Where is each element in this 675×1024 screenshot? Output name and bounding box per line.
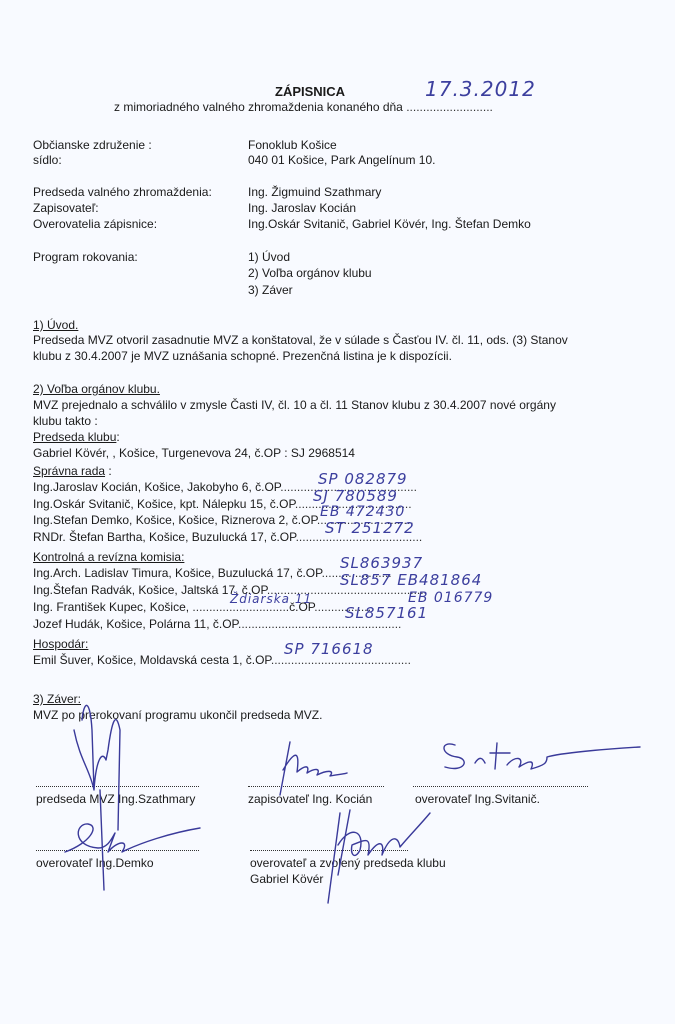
treasurer-heading: Hospodár: [33,637,88,652]
value-association: Fonoklub Košice [248,138,337,153]
program-item-2: 2) Voľba orgánov klubu [248,266,372,281]
audit-heading: Kontrolná a revízna komisia: [33,550,184,565]
club-chair-heading-colon: : [116,430,119,444]
signature-line [413,786,588,787]
value-seat: 040 01 Košice, Park Angelínum 10. [248,153,435,168]
member-text: Jozef Hudák, Košice, Polárna 11, č.OP [33,617,238,631]
label-recorder: Zapisovateľ: [33,201,99,216]
member-text: Ing.Stefan Demko, Košice, Košice, Rizner… [33,513,317,527]
section2-line1: MVZ prejednalo a schválilo v zmysle Čast… [33,398,556,413]
value-chair: Ing. Žigmuind Szathmary [248,185,381,200]
label-verifiers: Overovatelia zápisnice: [33,217,157,232]
program-item-1: 1) Úvod [248,250,290,265]
handwritten-id: SL857 EB481864 [340,573,482,588]
label-seat: sídlo: [33,153,62,168]
audit-member-row: Ing.Arch. Ladislav Timura, Košice, Buzul… [33,566,392,581]
board-heading: Správna rada : [33,464,112,479]
label-association: Občianske združenie : [33,138,152,153]
club-chair-heading: Predseda klubu: [33,430,120,445]
handwritten-address: Ždiarska 11 [230,592,312,607]
member-text: Ing.Arch. Ladislav Timura, Košice, Buzul… [33,566,322,580]
value-recorder: Ing. Jaroslav Kocián [248,201,356,216]
handwritten-id: EB 472430 [320,505,405,520]
board-heading-colon: : [105,464,112,478]
signature-kover-icon [310,805,450,905]
member-text: RNDr. Štefan Bartha, Košice, Buzulucká 1… [33,530,296,544]
document-subtitle: z mimoriadného valného zhromaždenia kona… [114,100,493,115]
signature-szathmary-icon [60,690,140,890]
handwritten-id: SL863937 [340,556,423,571]
member-text: Ing. František Kupec, Košice, [33,600,192,614]
club-chair-heading-text: Predseda klubu [33,430,116,444]
member-text: Ing.Jaroslav Kocián, Košice, Jakobyho 6,… [33,480,280,494]
document-title: ZÁPISNICA [275,84,345,99]
handwritten-id: SP 716618 [284,642,374,657]
audit-member-row: Ing. František Kupec, Košice, ..........… [33,600,374,615]
member-text: Emil Šuver, Košice, Moldavská cesta 1, č… [33,653,271,667]
subtitle-text: z mimoriadného valného zhromaždenia kona… [114,100,403,114]
section2-heading: 2) Voľba orgánov klubu. [33,382,160,397]
value-verifiers: Ing.Oskár Svitanič, Gabriel Kövér, Ing. … [248,217,531,232]
section1-line1: Predseda MVZ otvoril zasadnutie MVZ a ko… [33,333,568,348]
handwritten-id: SJ 780589 [313,489,398,504]
signature-demko-icon [60,818,220,858]
handwritten-id: SP 082879 [318,472,408,487]
club-chair-line: Gabriel Kövér, , Košice, Turgenevova 24,… [33,446,355,461]
section1-heading: 1) Úvod. [33,318,78,333]
date-dotted-line: .......................... [406,100,493,114]
handwritten-id: SL857161 [345,606,428,621]
document-page: ZÁPISNICA z mimoriadného valného zhromaž… [0,0,675,1024]
program-item-3: 3) Záver [248,283,293,298]
label-program: Program rokovania: [33,250,138,265]
handwritten-date: 17.3.2012 [425,82,536,97]
signature-svitanic-icon [435,735,645,785]
member-text: Ing.Oskár Svitanič, Košice, kpt. Nálepku… [33,497,295,511]
board-heading-text: Správna rada [33,464,105,478]
section1-line2: klubu z 30.4.2007 je MVZ uznášania schop… [33,349,452,364]
handwritten-id: ST 251272 [325,521,415,536]
signature-kocian-icon [255,740,365,800]
section2-line2: klubu takto : [33,414,98,429]
label-chair: Predseda valného zhromaždenia: [33,185,212,200]
